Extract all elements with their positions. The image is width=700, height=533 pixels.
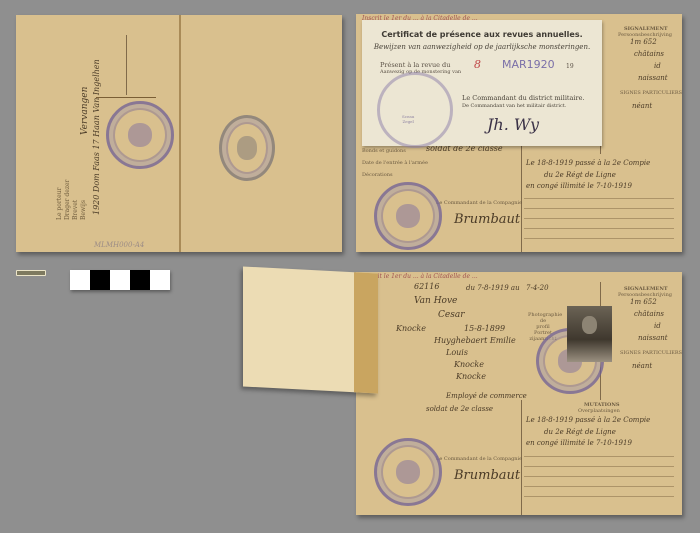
scale-ruler	[16, 270, 46, 276]
ruled-line	[524, 238, 674, 239]
ruled-line	[524, 486, 674, 487]
ruled-line	[524, 496, 674, 497]
scale-square	[150, 270, 170, 290]
circular-stamp-right	[219, 115, 275, 181]
scale-square	[130, 270, 150, 290]
ruled-line	[524, 456, 674, 457]
folded-flap	[243, 266, 378, 393]
ruled-line	[524, 208, 674, 209]
signature: Brumbaut	[454, 212, 520, 227]
top-handwriting: Inscrit le 1er du ... à la Citadelle de …	[362, 273, 478, 280]
certificate-slip: Certificat de présence aux revues annuel…	[362, 20, 602, 146]
ruled-line	[524, 218, 674, 219]
commander-signature: Jh. Wy	[487, 115, 539, 134]
certificate-title: Certificat de présence aux revues annuel…	[362, 30, 602, 39]
scale-square	[70, 270, 90, 290]
ruled-line	[524, 198, 674, 199]
ink-underline	[96, 97, 156, 98]
certificate-subtitle: Bewijzen van aanwezigheid op de jaarlijk…	[362, 43, 602, 51]
rotated-handwriting-2: 1920 Dom Faas 17 Haan Van Ingelhen	[92, 59, 101, 215]
scale-square	[110, 270, 130, 290]
seal-stamp	[377, 72, 453, 148]
signature: Brumbaut	[454, 468, 520, 483]
column-divider-2	[521, 144, 522, 252]
date-handwritten: 8	[474, 58, 481, 71]
center-fold	[179, 15, 181, 252]
scale-square	[90, 270, 110, 290]
catalog-number: MLMH000-A4	[94, 241, 144, 249]
color-scale	[70, 270, 170, 290]
ruled-line	[524, 476, 674, 477]
matricule: 62116	[414, 282, 439, 291]
id-photograph	[567, 306, 612, 362]
district-stamp-left	[106, 101, 174, 169]
ruled-line	[524, 466, 674, 467]
coat-of-arms-stamp	[374, 182, 442, 250]
booklet-back-cover: Le porteur Drager dezer Brevet Bewijs Ve…	[16, 15, 342, 252]
date-stamp: MAR1920	[502, 58, 555, 71]
rotated-print-text: Le porteur Drager dezer Brevet Bewijs	[56, 180, 88, 220]
coat-of-arms-stamp	[374, 438, 442, 506]
ruled-line	[524, 228, 674, 229]
ink-mark	[126, 35, 127, 95]
booklet-page-lower: Inscrit le 1er du ... à la Citadelle de …	[356, 272, 682, 515]
rotated-handwriting-1: Vervangen	[80, 87, 90, 135]
